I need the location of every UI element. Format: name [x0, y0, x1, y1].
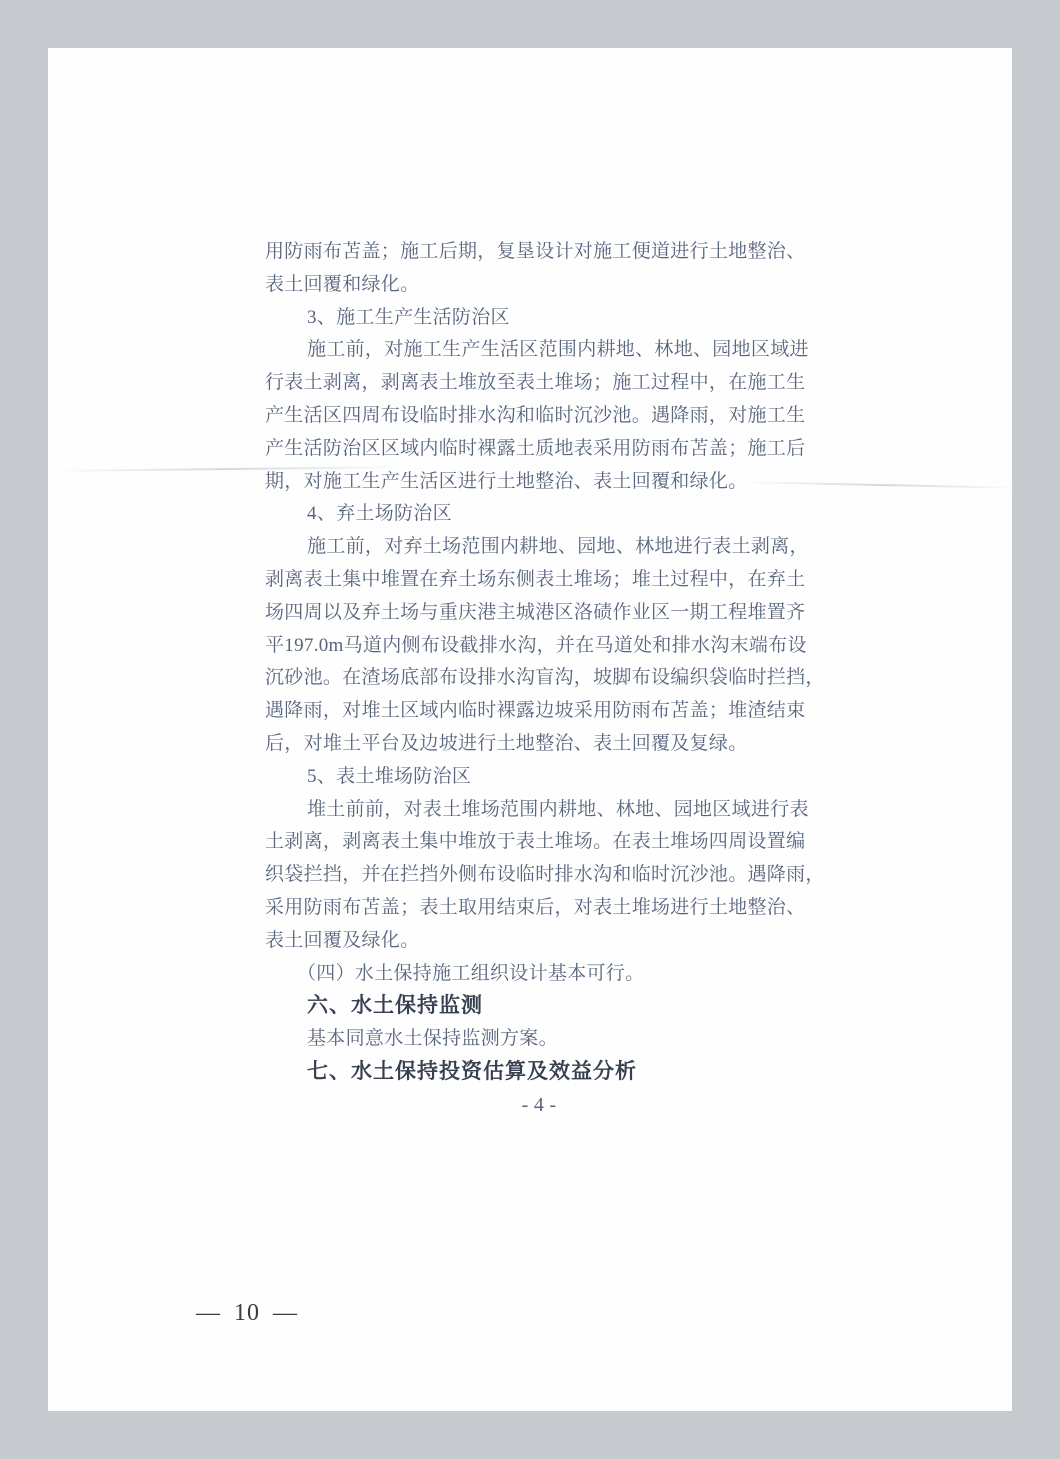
text-line: 3、施工生产生活防治区 [265, 302, 813, 335]
text-line: 沉砂池。在渣场底部布设排水沟盲沟，坡脚布设编织袋临时拦挡， [265, 662, 813, 695]
text-line: 土剥离，剥离表土集中堆放于表土堆场。在表土堆场四周设置编 [265, 826, 813, 859]
scanned-document-view: { "theme": { "background_color": "#c6c9c… [0, 0, 1060, 1459]
text-line: 织袋拦挡，并在拦挡外侧布设临时排水沟和临时沉沙池。遇降雨， [265, 859, 813, 892]
section-heading: 七、水土保持投资估算及效益分析 [265, 1056, 813, 1089]
text-line: 期，对施工生产生活区进行土地整治、表土回覆和绿化。 [265, 466, 813, 499]
text-line: 遇降雨，对堆土区域内临时裸露边坡采用防雨布苫盖；堆渣结束 [265, 695, 813, 728]
doc-page-number-wrap: - 4 - [265, 1089, 813, 1122]
text-line: 堆土前前，对表土堆场范围内耕地、林地、园地区域进行表 [265, 794, 813, 827]
text-line: 5、表土堆场防治区 [265, 761, 813, 794]
text-line: 后，对堆土平台及边坡进行土地整治、表土回覆及复绿。 [265, 728, 813, 761]
text-line: 场四周以及弃土场与重庆港主城港区洛碛作业区一期工程堆置齐 [265, 597, 813, 630]
text-line: 表土回覆及绿化。 [265, 925, 813, 958]
text-line: 行表土剥离，剥离表土堆放至表土堆场；施工过程中，在施工生 [265, 367, 813, 400]
doc-page-number: - 4 - [265, 1089, 813, 1122]
text-line: 产生活区四周布设临时排水沟和临时沉沙池。遇降雨，对施工生 [265, 400, 813, 433]
text-line: 表土回覆和绿化。 [265, 269, 813, 302]
text-line: 采用防雨布苫盖；表土取用结束后，对表土堆场进行土地整治、 [265, 892, 813, 925]
text-line: 平197.0m马道内侧布设截排水沟，并在马道处和排水沟末端布设 [265, 630, 813, 663]
text-line: 剥离表土集中堆置在弃土场东侧表土堆场；堆土过程中，在弃土 [265, 564, 813, 597]
text-line: 施工前，对施工生产生活区范围内耕地、林地、园地区域进 [265, 334, 813, 367]
text-line: （四）水土保持施工组织设计基本可行。 [265, 958, 813, 991]
text-line: 基本同意水土保持监测方案。 [265, 1023, 813, 1056]
document-page: 用防雨布苫盖；施工后期，复垦设计对施工便道进行土地整治、表土回覆和绿化。3、施工… [48, 48, 1012, 1411]
text-line: 4、弃土场防治区 [265, 498, 813, 531]
sheet-page-number: — 10 — [196, 1300, 298, 1327]
text-line: 产生活防治区区域内临时裸露土质地表采用防雨布苫盖；施工后 [265, 433, 813, 466]
section-heading: 六、水土保持监测 [265, 990, 813, 1023]
text-line: 施工前，对弃土场范围内耕地、园地、林地进行表土剥离， [265, 531, 813, 564]
document-body-text: 用防雨布苫盖；施工后期，复垦设计对施工便道进行土地整治、表土回覆和绿化。3、施工… [265, 236, 813, 1089]
text-line: 用防雨布苫盖；施工后期，复垦设计对施工便道进行土地整治、 [265, 236, 813, 269]
